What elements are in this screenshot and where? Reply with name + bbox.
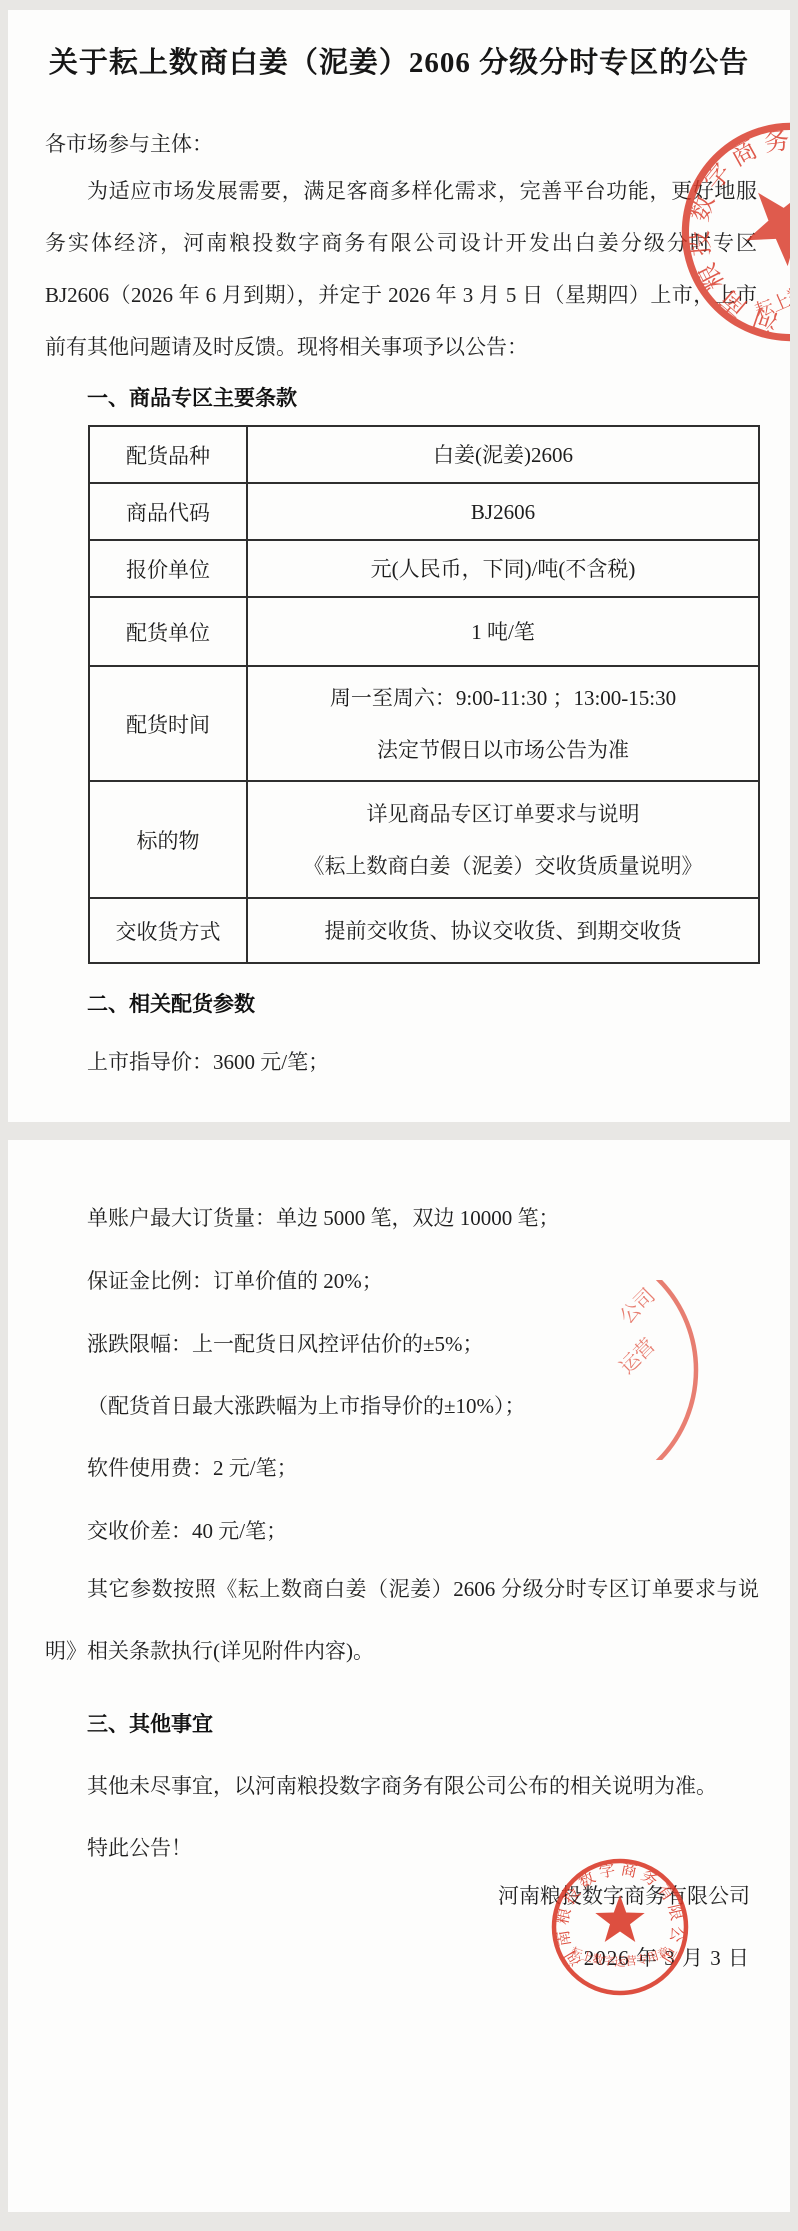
section-1-heading: 一、商品专区主要条款 (45, 382, 297, 412)
row-value-line: 《耘上数商白姜（泥姜）交收货质量说明》 (248, 840, 758, 892)
row-label: 报价单位 (89, 540, 247, 597)
row-label: 商品代码 (89, 483, 247, 540)
row-value: 提前交收货、协议交收货、到期交收货 (247, 898, 759, 963)
salutation-line: 各市场参与主体： (45, 128, 213, 158)
row-label: 交收货方式 (89, 898, 247, 963)
row-label: 配货品种 (89, 426, 247, 483)
section-3-heading: 三、其他事宜 (45, 1708, 213, 1738)
closing-declaration: 特此公告！ (45, 1832, 192, 1862)
row-label: 标的物 (89, 781, 247, 898)
row-value: 元(人民币，下同)/吨(不含税) (247, 540, 759, 597)
table-row: 配货时间 周一至周六：9:00-11:30 ；13:00-15:30 法定节假日… (89, 666, 759, 781)
announcement-title: 关于耘上数商白姜（泥姜）2606 分级分时专区的公告 (8, 40, 790, 81)
param-line-margin-ratio: 保证金比例：订单价值的 20%； (45, 1265, 383, 1295)
screenshot-root: { "page1": { "title": "关于耘上数商白姜（泥姜）2606 … (0, 0, 798, 2231)
param-line-price-limit: 涨跌限幅：上一配货日风控评估价的±5%； (45, 1328, 484, 1358)
seal-fragment-text: 公司 (615, 1284, 660, 1329)
row-value-line: BJ2606 (248, 486, 758, 538)
signature-date: 2026 年 3 月 3 日 (584, 1942, 750, 1972)
document-page-1: 关于耘上数商白姜（泥姜）2606 分级分时专区的公告 各市场参与主体： 为适应市… (8, 10, 790, 1122)
row-value: BJ2606 (247, 483, 759, 540)
param-line-software-fee: 软件使用费：2 元/笔； (45, 1452, 298, 1482)
param-line-max-order: 单账户最大订货量：单边 5000 笔，双边 10000 笔； (45, 1202, 560, 1232)
row-label: 配货时间 (89, 666, 247, 781)
table-row: 商品代码 BJ2606 (89, 483, 759, 540)
signature-company: 河南粮投数字商务有限公司 (498, 1880, 750, 1910)
param-line-delivery-spread: 交收价差：40 元/笔； (45, 1515, 287, 1545)
row-value-line: 周一至周六：9:00-11:30 ；13:00-15:30 (248, 672, 758, 724)
other-params-note: 其它参数按照《耘上数商白姜（泥姜）2606 分级分时专区订单要求与说明》相关条款… (45, 1558, 759, 1682)
row-label: 配货单位 (89, 597, 247, 666)
table-row: 报价单位 元(人民币，下同)/吨(不含税) (89, 540, 759, 597)
row-value-line: 法定节假日以市场公告为准 (248, 724, 758, 776)
other-matters-note: 其他未尽事宜，以河南粮投数字商务有限公司公布的相关说明为准。 (45, 1770, 717, 1800)
table-row: 配货单位 1 吨/笔 (89, 597, 759, 666)
company-seal-bottom: 河南粮投数字商务有限公司 耘上数字运营专用章 (535, 1842, 705, 2012)
row-value-line: 提前交收货、协议交收货、到期交收货 (248, 905, 758, 957)
seal-fragment-arc (598, 1280, 696, 1460)
company-seal-fragment: 公司 运营 (598, 1280, 708, 1460)
intro-paragraph: 为适应市场发展需要，满足客商多样化需求，完善平台功能，更好地服务实体经济，河南粮… (45, 165, 757, 373)
document-page-2: 单账户最大订货量：单边 5000 笔，双边 10000 笔； 保证金比例：订单价… (8, 1140, 790, 2212)
row-value: 1 吨/笔 (247, 597, 759, 666)
param-line-first-day-limit: （配货首日最大涨跌幅为上市指导价的±10%）； (45, 1390, 526, 1420)
section-2-heading: 二、相关配货参数 (45, 988, 255, 1018)
terms-table: 配货品种 白姜(泥姜)2606 商品代码 BJ2606 报价单位 元(人民币，下… (88, 425, 760, 964)
row-value-line: 1 吨/笔 (248, 606, 758, 658)
row-value-line: 详见商品专区订单要求与说明 (248, 788, 758, 840)
table-row: 标的物 详见商品专区订单要求与说明 《耘上数商白姜（泥姜）交收货质量说明》 (89, 781, 759, 898)
row-value: 白姜(泥姜)2606 (247, 426, 759, 483)
row-value-line: 元(人民币，下同)/吨(不含税) (248, 543, 758, 595)
table-row: 配货品种 白姜(泥姜)2606 (89, 426, 759, 483)
row-value: 周一至周六：9:00-11:30 ；13:00-15:30 法定节假日以市场公告… (247, 666, 759, 781)
guide-price-line: 上市指导价：3600 元/笔； (45, 1046, 329, 1076)
table-row: 交收货方式 提前交收货、协议交收货、到期交收货 (89, 898, 759, 963)
row-value: 详见商品专区订单要求与说明 《耘上数商白姜（泥姜）交收货质量说明》 (247, 781, 759, 898)
row-value-line: 白姜(泥姜)2606 (248, 429, 758, 481)
seal-fragment-text: 运营 (615, 1334, 660, 1379)
